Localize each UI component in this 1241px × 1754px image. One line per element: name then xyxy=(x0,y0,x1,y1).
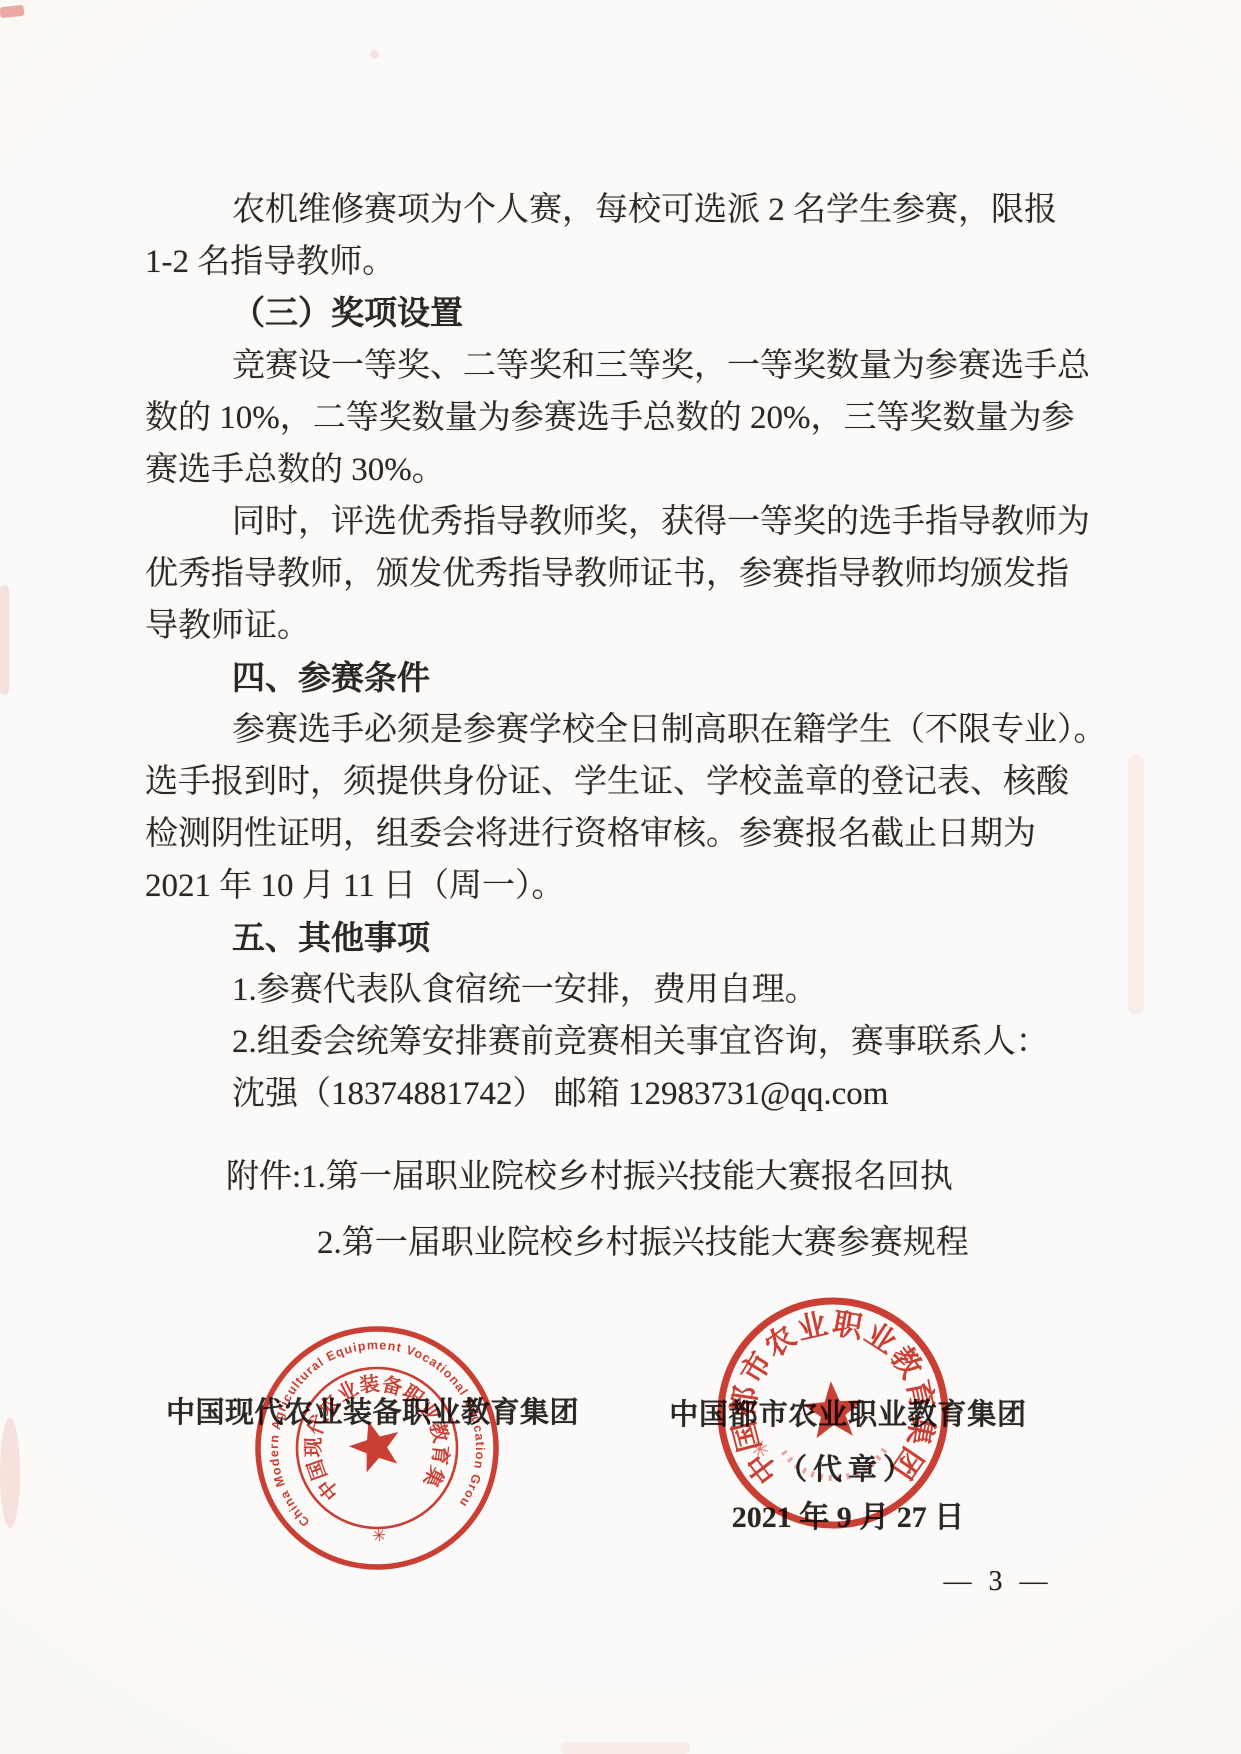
body-line: 竞赛设一等奖、二等奖和三等奖，一等奖数量为参赛选手总 xyxy=(145,340,1150,392)
star-icon xyxy=(344,1414,407,1475)
section-heading: 四、参赛条件 xyxy=(145,652,1150,704)
attachment-line: 附件:1.第一届职业院校乡村振兴技能大赛报名回执 xyxy=(226,1144,1086,1210)
body-line: 数的 10%，二等奖数量为参赛选手总数的 20%，三等奖数量为参 xyxy=(145,392,1150,444)
scan-artifact xyxy=(0,585,9,695)
body-line: 2.组委会统筹安排赛前竞赛相关事宜咨询，赛事联系人： xyxy=(145,1016,1150,1068)
section-heading: 五、其他事项 xyxy=(145,912,1150,964)
scan-artifact xyxy=(560,1742,690,1754)
body-line: 1-2 名指导教师。 xyxy=(145,236,1150,288)
seal-right-urban-agriculture-group: 中国都市农业职业教育集团 ✳ xyxy=(713,1293,953,1533)
scanned-document-page: 农机维修赛项为个人赛，每校可选派 2 名学生参赛，限报1-2 名指导教师。（三）… xyxy=(0,0,1241,1754)
body-line: 选手报到时，须提供身份证、学生证、学校盖章的登记表、核酸 xyxy=(145,756,1150,808)
body-line: 同时，评选优秀指导教师奖，获得一等奖的选手指导教师为 xyxy=(145,496,1150,548)
seal-serial-blur xyxy=(784,1444,890,1481)
body-line: 导教师证。 xyxy=(145,600,1150,652)
body-line: 赛选手总数的 30%。 xyxy=(145,444,1150,496)
scan-artifact xyxy=(370,50,379,59)
scan-artifact xyxy=(0,5,25,18)
scan-artifact xyxy=(0,1418,20,1528)
star-icon xyxy=(801,1379,864,1439)
body-text: 农机维修赛项为个人赛，每校可选派 2 名学生参赛，限报1-2 名指导教师。（三）… xyxy=(145,184,1150,1120)
body-line: 检测阴性证明，组委会将进行资格审核。参赛报名截止日期为 xyxy=(145,808,1150,860)
section-heading: （三）奖项设置 xyxy=(145,288,1150,340)
seal-left-agricultural-equipment-group: China Modern Agricultural Equipment Voca… xyxy=(252,1323,502,1573)
body-line: 1.参赛代表队食宿统一安排，费用自理。 xyxy=(145,964,1150,1016)
body-line: 参赛选手必须是参赛学校全日制高职在籍学生（不限专业）。 xyxy=(145,704,1150,756)
body-line: 2021 年 10 月 11 日（周一）。 xyxy=(145,860,1150,912)
body-line: 优秀指导教师，颁发优秀指导教师证书，参赛指导教师均颁发指 xyxy=(145,548,1150,600)
body-line: 沈强（18374881742） 邮箱 12983731@qq.com xyxy=(145,1068,1150,1120)
attachment-block: 附件:1.第一届职业院校乡村振兴技能大赛报名回执2.第一届职业院校乡村振兴技能大… xyxy=(226,1144,1086,1276)
attachment-line: 2.第一届职业院校乡村振兴技能大赛参赛规程 xyxy=(226,1210,1086,1276)
asterisk-icon: ✳ xyxy=(371,1526,387,1546)
page-number: — 3 — xyxy=(928,1566,1068,1598)
body-line: 农机维修赛项为个人赛，每校可选派 2 名学生参赛，限报 xyxy=(145,184,1150,236)
